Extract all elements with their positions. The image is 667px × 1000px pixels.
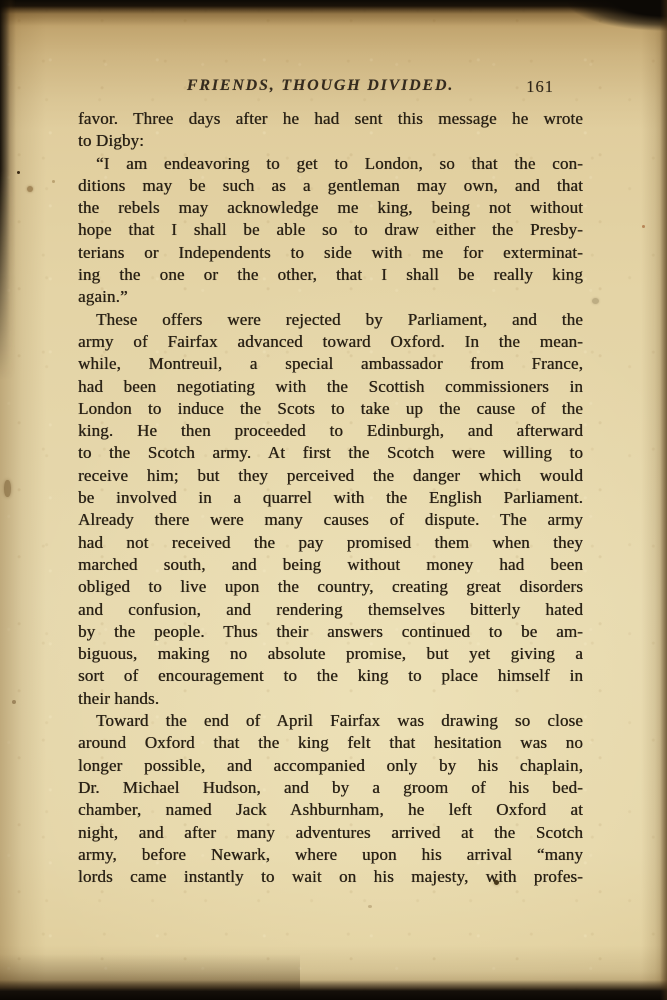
text-line: army of Fairfax advanced toward Oxford. … <box>78 331 583 353</box>
text-line: chamber, named Jack Ashburnham, he left … <box>78 799 583 821</box>
scan-edge-top-right <box>547 0 667 34</box>
text-line: while, Montreuil, a special ambassador f… <box>78 353 583 375</box>
page-number: 161 <box>526 77 554 97</box>
text-line: their hands. <box>78 688 583 710</box>
text-line: longer possible, and accompanied only by… <box>78 755 583 777</box>
text-line: and confusion, and rendering themselves … <box>78 599 583 621</box>
left-shading <box>0 0 46 1000</box>
foxing-speck <box>27 186 33 192</box>
text-line: sort of encouragement to the king to pla… <box>78 665 583 687</box>
text-line: ditions may be such as a gentleman may o… <box>78 175 583 197</box>
text-line: around Oxford that the king felt that he… <box>78 732 583 754</box>
text-line: These offers were rejected by Parliament… <box>78 309 583 331</box>
text-line: king. He then proceeded to Edinburgh, an… <box>78 420 583 442</box>
bottom-left-shadow <box>0 945 300 990</box>
book-page-scan: FRIENDS, THOUGH DIVIDED. 161 favor. Thre… <box>0 0 667 1000</box>
text-line: marched south, and being without money h… <box>78 554 583 576</box>
text-line: be involved in a quarrel with the Englis… <box>78 487 583 509</box>
running-title: FRIENDS, THOUGH DIVIDED. <box>78 77 563 95</box>
text-line: army, before Newark, where upon his arri… <box>78 844 583 866</box>
scan-edge-top <box>0 0 667 26</box>
edge-smudge <box>4 480 11 497</box>
text-line: lords came instantly to wait on his maje… <box>78 866 583 888</box>
page-header: FRIENDS, THOUGH DIVIDED. 161 <box>78 77 583 99</box>
text-line: “I am endeavoring to get to London, so t… <box>78 153 583 175</box>
scan-edge-left <box>0 0 16 380</box>
text-line: biguous, making no absolute promise, but… <box>78 643 583 665</box>
text-line: had been negotiating with the Scottish c… <box>78 376 583 398</box>
right-shading <box>641 0 667 1000</box>
bottom-shading <box>0 945 667 1000</box>
foxing-speck <box>592 298 599 304</box>
foxing-speck <box>17 171 20 174</box>
text-line: obliged to live upon the country, creati… <box>78 576 583 598</box>
text-line: Dr. Michael Hudson, and by a groom of hi… <box>78 777 583 799</box>
text-line: the rebels may acknowledge me king, bein… <box>78 197 583 219</box>
foxing-speck <box>642 225 645 228</box>
text-line: Already there were many causes of disput… <box>78 509 583 531</box>
text-line: ing the one or the other, that I shall b… <box>78 264 583 286</box>
text-line: to the Scotch army. At first the Scotch … <box>78 442 583 464</box>
text-line: Toward the end of April Fairfax was draw… <box>78 710 583 732</box>
text-line: by the people. Thus their answers contin… <box>78 621 583 643</box>
text-line: again.” <box>78 286 583 308</box>
text-line: receive him; but they perceived the dang… <box>78 465 583 487</box>
scan-edge-bottom <box>0 980 667 1000</box>
scan-edge-right <box>660 0 667 1000</box>
foxing-speck <box>12 700 16 704</box>
text-line: London to induce the Scots to take up th… <box>78 398 583 420</box>
text-line: night, and after many adventures arrived… <box>78 822 583 844</box>
foxing-speck <box>52 180 55 183</box>
text-line: had not received the pay promised them w… <box>78 532 583 554</box>
foxing-speck <box>368 905 372 908</box>
text-line: hope that I shall be able so to draw eit… <box>78 219 583 241</box>
text-line: terians or Independents to side with me … <box>78 242 583 264</box>
body-text: favor. Three days after he had sent this… <box>78 108 583 888</box>
text-line: to Digby: <box>78 130 583 152</box>
text-line: favor. Three days after he had sent this… <box>78 108 583 130</box>
